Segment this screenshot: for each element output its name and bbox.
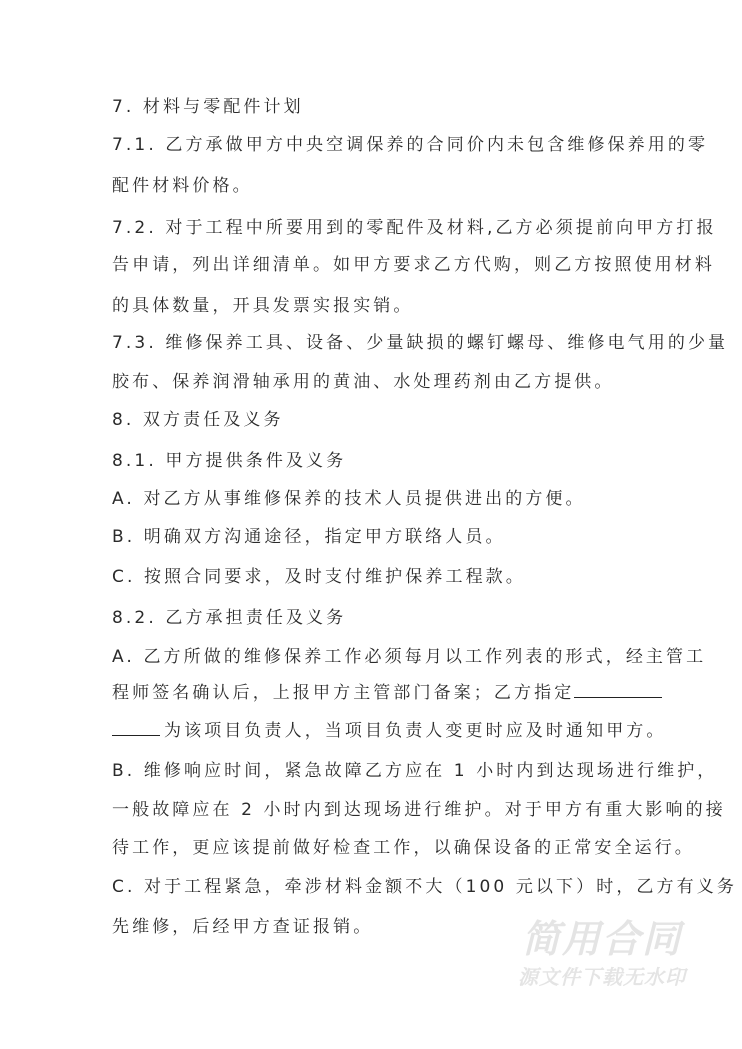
item-8-1-a: A. 对乙方从事维修保养的技术人员提供进出的方便。 [112,488,632,510]
item-8-2-a-line-2: 程师签名确认后，上报甲方主管部门备案；乙方指定 [112,682,632,704]
paragraph-7-2-line-1: 7.2. 对于工程中所要用到的零配件及材料,乙方必须提前向甲方打报 [112,217,632,239]
paragraph-7-3-line-1: 7.3. 维修保养工具、设备、少量缺损的螺钉螺母、维修电气用的少量 [112,332,632,354]
watermark-subtitle: 源文件下载无水印 [512,964,692,990]
item-8-1-b: B. 明确双方沟通途径，指定甲方联络人员。 [112,526,632,548]
item-8-2-c-line-1: C. 对于工程紧急，牵涉材料金额不大（100 元以下）时，乙方有义务 [112,876,632,898]
item-8-2-b-line-3: 待工作，更应该提前做好检查工作，以确保设备的正常安全运行。 [112,837,632,859]
watermark: 简用合同 源文件下载无水印 [512,918,692,990]
paragraph-7-1-line-1: 7.1. 乙方承做甲方中央空调保养的合同价内未包含维修保养用的零 [112,134,632,156]
paragraph-7-3-line-2: 胶布、保养润滑轴承用的黄油、水处理药剂由乙方提供。 [112,371,632,393]
item-8-2-b-line-1: B. 维修响应时间，紧急故障乙方应在 1 小时内到达现场进行维护， [112,760,632,782]
item-8-2-a-line-2-text: 程师签名确认后，上报甲方主管部门备案；乙方指定 [112,683,574,703]
section-heading-7: 7. 材料与零配件计划 [112,96,632,118]
document-page: 7. 材料与零配件计划 7.1. 乙方承做甲方中央空调保养的合同价内未包含维修保… [0,0,742,1049]
watermark-title: 简用合同 [512,918,692,960]
paragraph-7-2-line-2: 告申请，列出详细清单。如甲方要求乙方代购，则乙方按照使用材料 [112,254,632,276]
subsection-heading-8-1: 8.1. 甲方提供条件及义务 [112,450,632,472]
section-heading-8: 8. 双方责任及义务 [112,409,632,431]
item-8-2-a-line-3-text: 为该项目负责人，当项目负责人变更时应及时通知甲方。 [164,721,667,741]
item-8-2-a-line-1: A. 乙方所做的维修保养工作必须每月以工作列表的形式，经主管工 [112,646,632,668]
item-8-2-b-line-2: 一般故障应在 2 小时内到达现场进行维护。对于甲方有重大影响的接 [112,799,632,821]
item-8-1-c: C. 按照合同要求，及时支付维护保养工程款。 [112,566,632,588]
paragraph-7-2-line-3: 的具体数量，开具发票实报实销。 [112,295,632,317]
item-8-2-a-line-3: 为该项目负责人，当项目负责人变更时应及时通知甲方。 [112,720,632,742]
blank-field-responsible-person-part2 [112,721,160,736]
blank-field-responsible-person-part1 [574,683,662,698]
paragraph-7-1-line-2: 配件材料价格。 [112,175,632,197]
subsection-heading-8-2: 8.2. 乙方承担责任及义务 [112,607,632,629]
